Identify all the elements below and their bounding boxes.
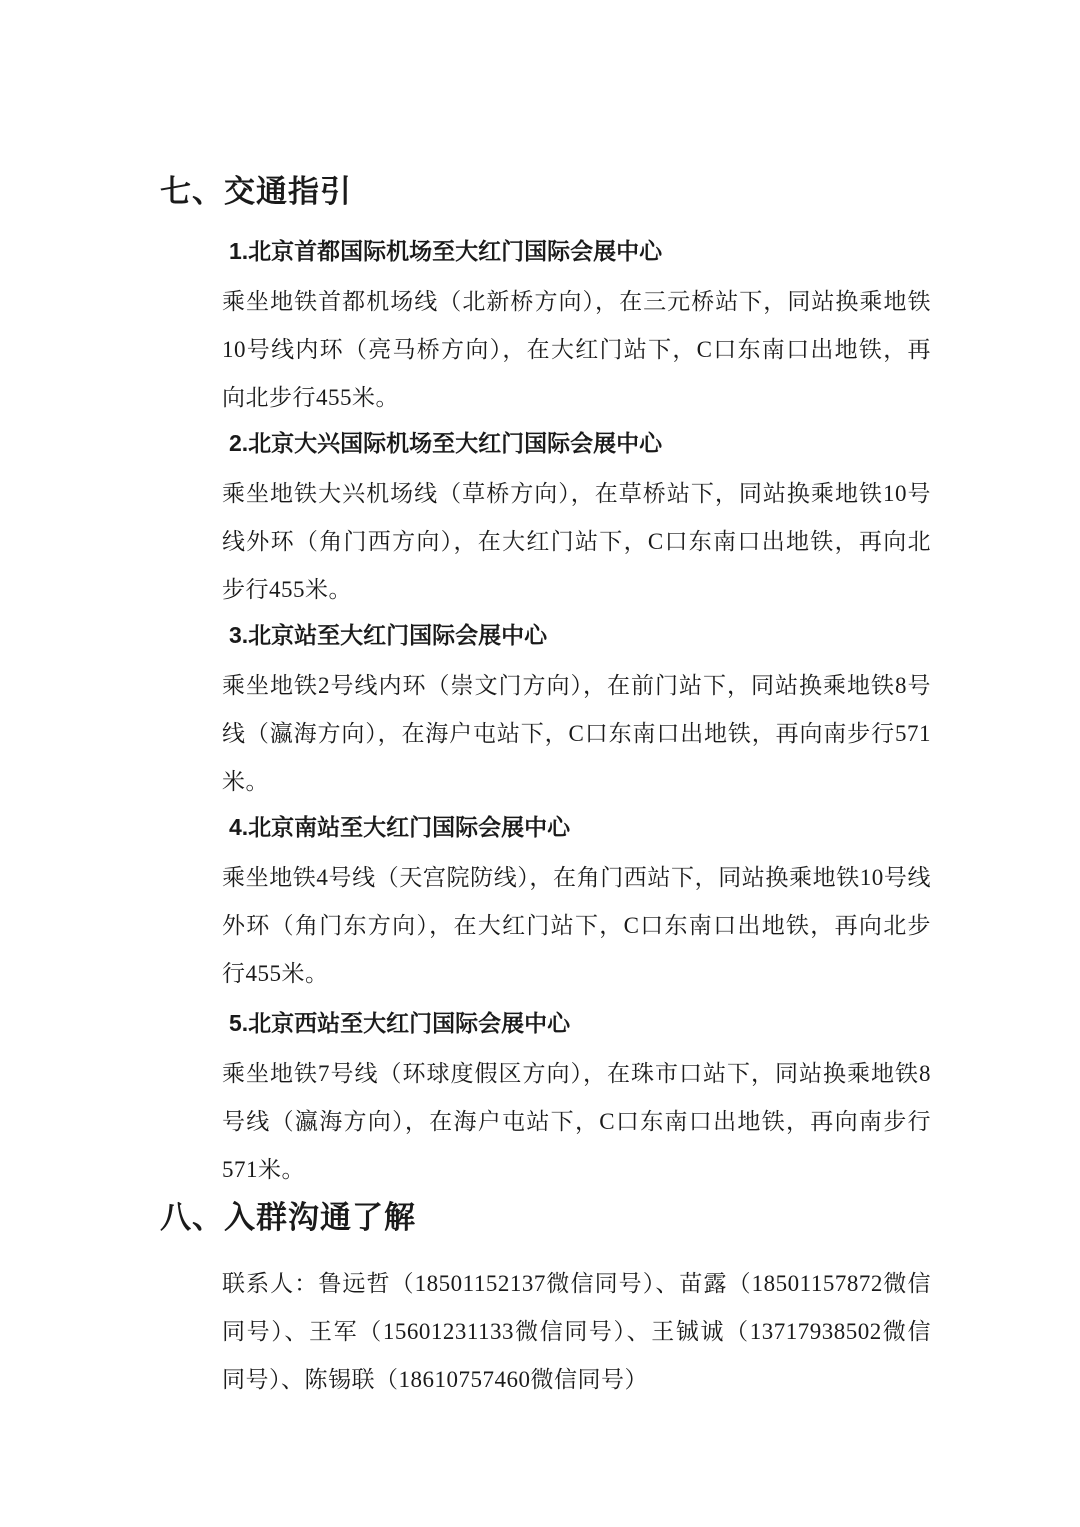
route-title-beijing-station: 3.北京站至大红门国际会展中心 (229, 620, 547, 650)
route-body-capital-airport: 乘坐地铁首都机场线（北新桥方向），在三元桥站下，同站换乘地铁10号线内环（亮马桥… (222, 278, 931, 422)
route-title-capital-airport: 1.北京首都国际机场至大红门国际会展中心 (229, 236, 662, 266)
document-page: 七、交通指引 1.北京首都国际机场至大红门国际会展中心 乘坐地铁首都机场线（北新… (0, 0, 1080, 1527)
route-title-beijing-west-station: 5.北京西站至大红门国际会展中心 (229, 1008, 570, 1038)
route-title-beijing-south-station: 4.北京南站至大红门国际会展中心 (229, 812, 570, 842)
route-body-daxing-airport: 乘坐地铁大兴机场线（草桥方向），在草桥站下，同站换乘地铁10号线外环（角门西方向… (222, 470, 931, 614)
section-heading-transport-guide: 七、交通指引 (160, 172, 352, 212)
route-body-beijing-station: 乘坐地铁2号线内环（崇文门方向），在前门站下，同站换乘地铁8号线（瀛海方向），在… (222, 662, 931, 806)
contacts-paragraph: 联系人：鲁远哲（18501152137微信同号）、苗露（18501157872微… (222, 1260, 931, 1404)
route-title-daxing-airport: 2.北京大兴国际机场至大红门国际会展中心 (229, 428, 662, 458)
route-body-beijing-south-station: 乘坐地铁4号线（天宫院防线），在角门西站下，同站换乘地铁10号线外环（角门东方向… (222, 854, 931, 998)
route-body-beijing-west-station: 乘坐地铁7号线（环球度假区方向），在珠市口站下，同站换乘地铁8号线（瀛海方向），… (222, 1050, 931, 1194)
section-heading-join-group: 八、入群沟通了解 (160, 1198, 416, 1238)
